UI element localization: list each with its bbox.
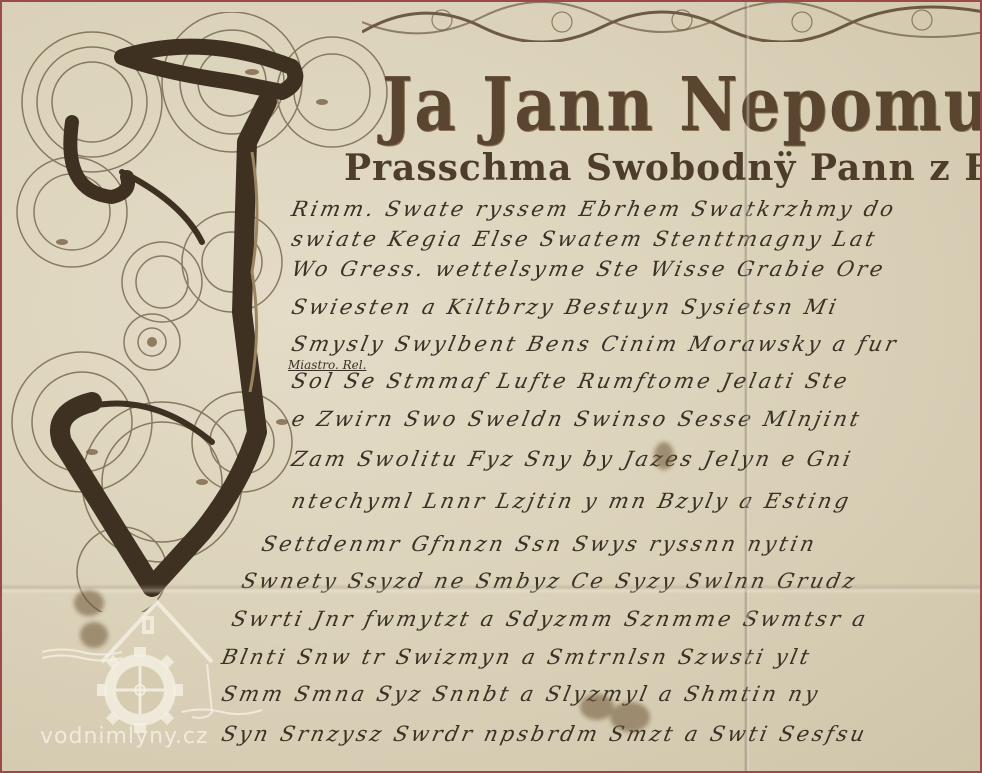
body-line: e Zwirn Swo Sweldn Swinso Sesse Mlnjint <box>289 407 864 431</box>
body-line: Zam Swolitu Fyz Sny by Jazes Jelyn e Gni <box>289 447 855 471</box>
ink-stain <box>610 702 650 732</box>
body-line: Settdenmr Gfnnzn Ssn Swys ryssnn nytin <box>259 532 819 556</box>
body-line: Smm Smna Syz Snnbt a Slyzmyl a Shmtin ny <box>219 682 822 706</box>
body-line: Wo Gress. wettelsyme Ste Wisse Grabie Or… <box>289 257 888 281</box>
body-line: Blnti Snw tr Swizmyn a Smtrnlsn Szwsti y… <box>219 645 814 669</box>
body-line: Swrti Jnr fwmytzt a Sdyzmm Sznmme Swmtsr… <box>229 607 870 631</box>
top-flourish-ornament <box>362 2 982 42</box>
ink-stain <box>654 442 674 470</box>
ink-stain <box>580 694 614 720</box>
manuscript-photo: Ja Jann Nepomuck Prasschma Swobodnÿ Pann… <box>0 0 982 773</box>
body-line: Rimm. Swate ryssem Ebrhem Swatkrzhmy do <box>289 197 898 221</box>
vertical-fold-line <box>744 2 750 773</box>
heading-line-1: Ja Jann Nepomuck <box>382 62 982 148</box>
body-line: Syn Srnzysz Swrdr npsbrdm Smzt a Swti Se… <box>219 722 869 746</box>
margin-note: Miastro. Rel. <box>288 358 366 372</box>
body-line: ntechyml Lnnr Lzjtin y mn Bzyly a Esting <box>289 489 853 513</box>
body-line: swiate Kegia Else Swatem Stenttmagny Lat <box>289 227 879 251</box>
body-line: Smysly Swylbent Bens Cinim Morawsky a fu… <box>289 332 900 356</box>
watermark-text: vodnimlyny.cz <box>40 724 209 749</box>
body-line: Sol Se Stmmaf Lufte Rumftome Jelati Ste <box>289 369 852 393</box>
heading-line-2: Prasschma Swobodnÿ Pann z Bukow <box>344 147 982 189</box>
body-line: Swiesten a Kiltbrzy Bestuyn Sysietsn Mi <box>289 295 841 319</box>
